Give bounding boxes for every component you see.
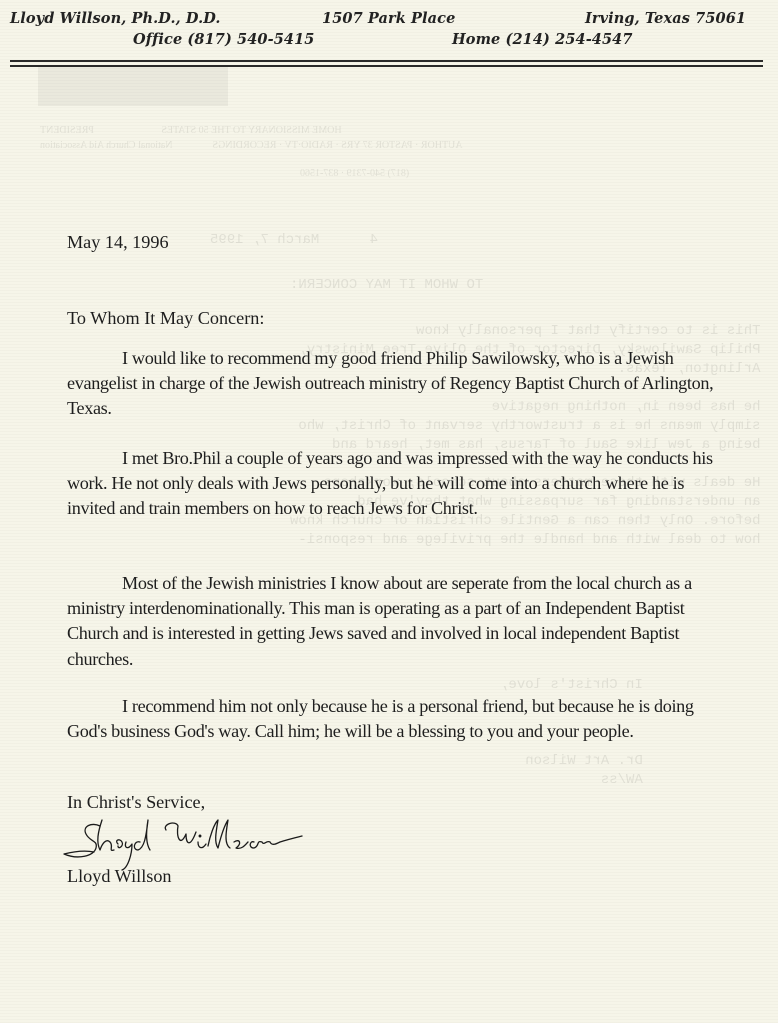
letterhead-name: Lloyd Willson, Ph.D., D.D.: [10, 10, 221, 27]
letter-paragraph: I would like to recommend my good friend…: [67, 346, 727, 422]
letterhead-office-phone: Office (817) 540-5415: [133, 31, 315, 48]
letter-paragraph: I met Bro.Phil a couple of years ago and…: [67, 446, 727, 522]
bleed-through-text: AUTHOR · PASTOR 37 YRS · RADIO·TV · RECO…: [40, 140, 463, 151]
letter-salutation: To Whom It May Concern:: [67, 308, 264, 329]
letter-paragraph: I recommend him not only because he is a…: [67, 694, 727, 744]
handwritten-signature: Lloyd Willson: [58, 812, 328, 872]
letter-closing: In Christ's Service,: [67, 792, 205, 813]
letter-paragraph: Most of the Jewish ministries I know abo…: [67, 571, 727, 672]
bleed-through-text: 4 March 7, 1995: [210, 232, 378, 248]
bleed-through-text: (817) 540-7319 · 837-1560: [300, 168, 409, 179]
bleed-through-logo: [38, 66, 228, 106]
signer-name: Lloyd Willson: [67, 866, 172, 887]
letterhead-rule-bottom: [10, 65, 763, 67]
letterhead-home-phone: Home (214) 254-4547: [452, 31, 633, 48]
letterhead: Lloyd Willson, Ph.D., D.D. 1507 Park Pla…: [0, 0, 778, 70]
letterhead-street-address: 1507 Park Place: [322, 10, 455, 27]
letter-date: May 14, 1996: [67, 232, 169, 253]
bleed-through-text: TO WHOM IT MAY CONCERN:: [290, 277, 483, 293]
bleed-through-text: HOME MISSIONARY TO THE 50 STATES PRESIDE…: [40, 125, 342, 136]
letterhead-city-state-zip: Irving, Texas 75061: [585, 10, 746, 27]
letterhead-rule-top: [10, 60, 763, 62]
